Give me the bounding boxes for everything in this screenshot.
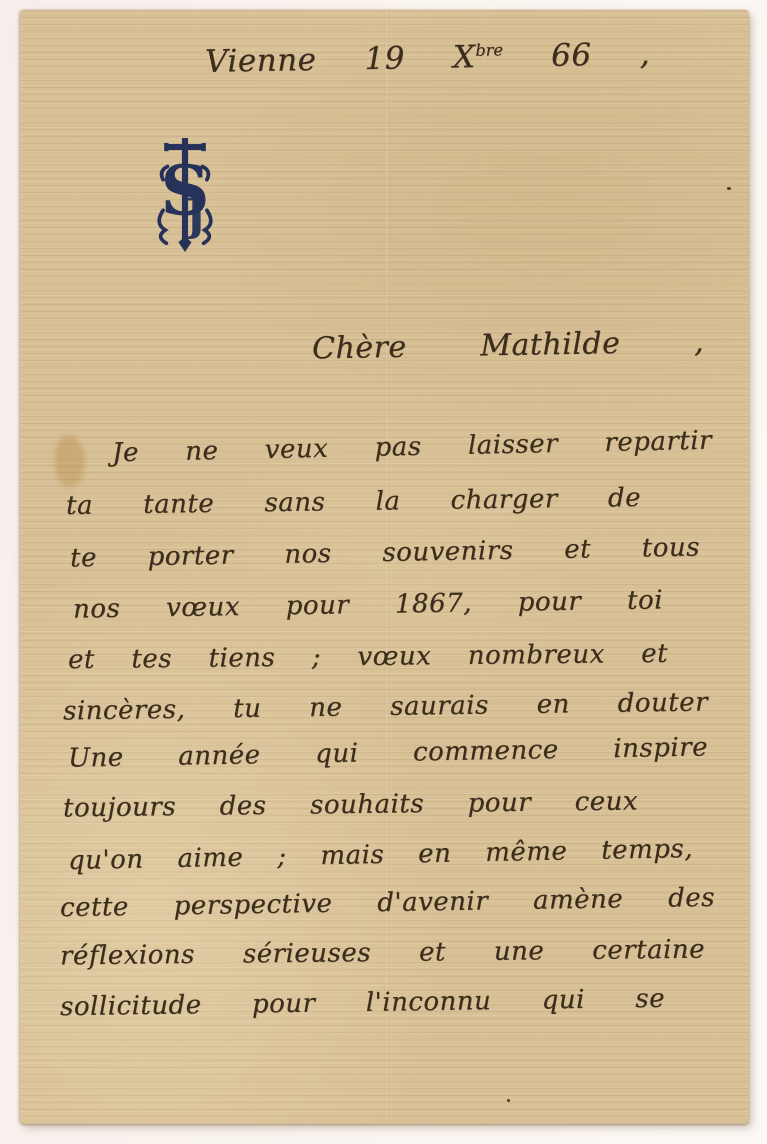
body-line: te porter nos souvenirs et tous	[70, 533, 700, 574]
body-line: toujours des souhaits pour ceux	[63, 786, 638, 823]
date-line: Vienne 19 Xbre 66 ,	[205, 36, 651, 80]
date-line-text: Vienne 19 X	[205, 39, 476, 80]
ink-speck	[507, 1099, 510, 1102]
ink-speck	[727, 187, 731, 190]
body-line: Une année qui commence inspire	[68, 732, 708, 773]
body-line: cette perspective d'avenir amène des	[60, 883, 715, 923]
foxing-stain	[55, 435, 85, 487]
body-line: nos vœux pour 1867, pour toi	[73, 585, 663, 624]
body-line: réflexions sérieuses et une certaine	[60, 935, 705, 972]
monogram-icon: S J	[152, 138, 218, 252]
body-line: Je ne veux pas laisser repartir	[112, 426, 712, 469]
body-line: et tes tiens ; vœux nombreux et	[68, 639, 668, 675]
body-line: sollicitude pour l'inconnu qui se	[60, 984, 665, 1022]
salutation: Chère Mathilde ,	[312, 325, 705, 367]
scan-background: Vienne 19 Xbre 66 , S J	[0, 0, 767, 1144]
date-superscript: bre	[475, 40, 503, 59]
date-line-year: 66 ,	[503, 36, 651, 75]
body-line: sincères, tu ne saurais en douter	[63, 687, 708, 726]
svg-text:J: J	[182, 190, 207, 241]
body-line: ta tante sans la charger de	[66, 483, 641, 521]
body-line: qu'on aime ; mais en même temps,	[68, 834, 693, 876]
letter-paper: Vienne 19 Xbre 66 , S J	[20, 10, 749, 1124]
